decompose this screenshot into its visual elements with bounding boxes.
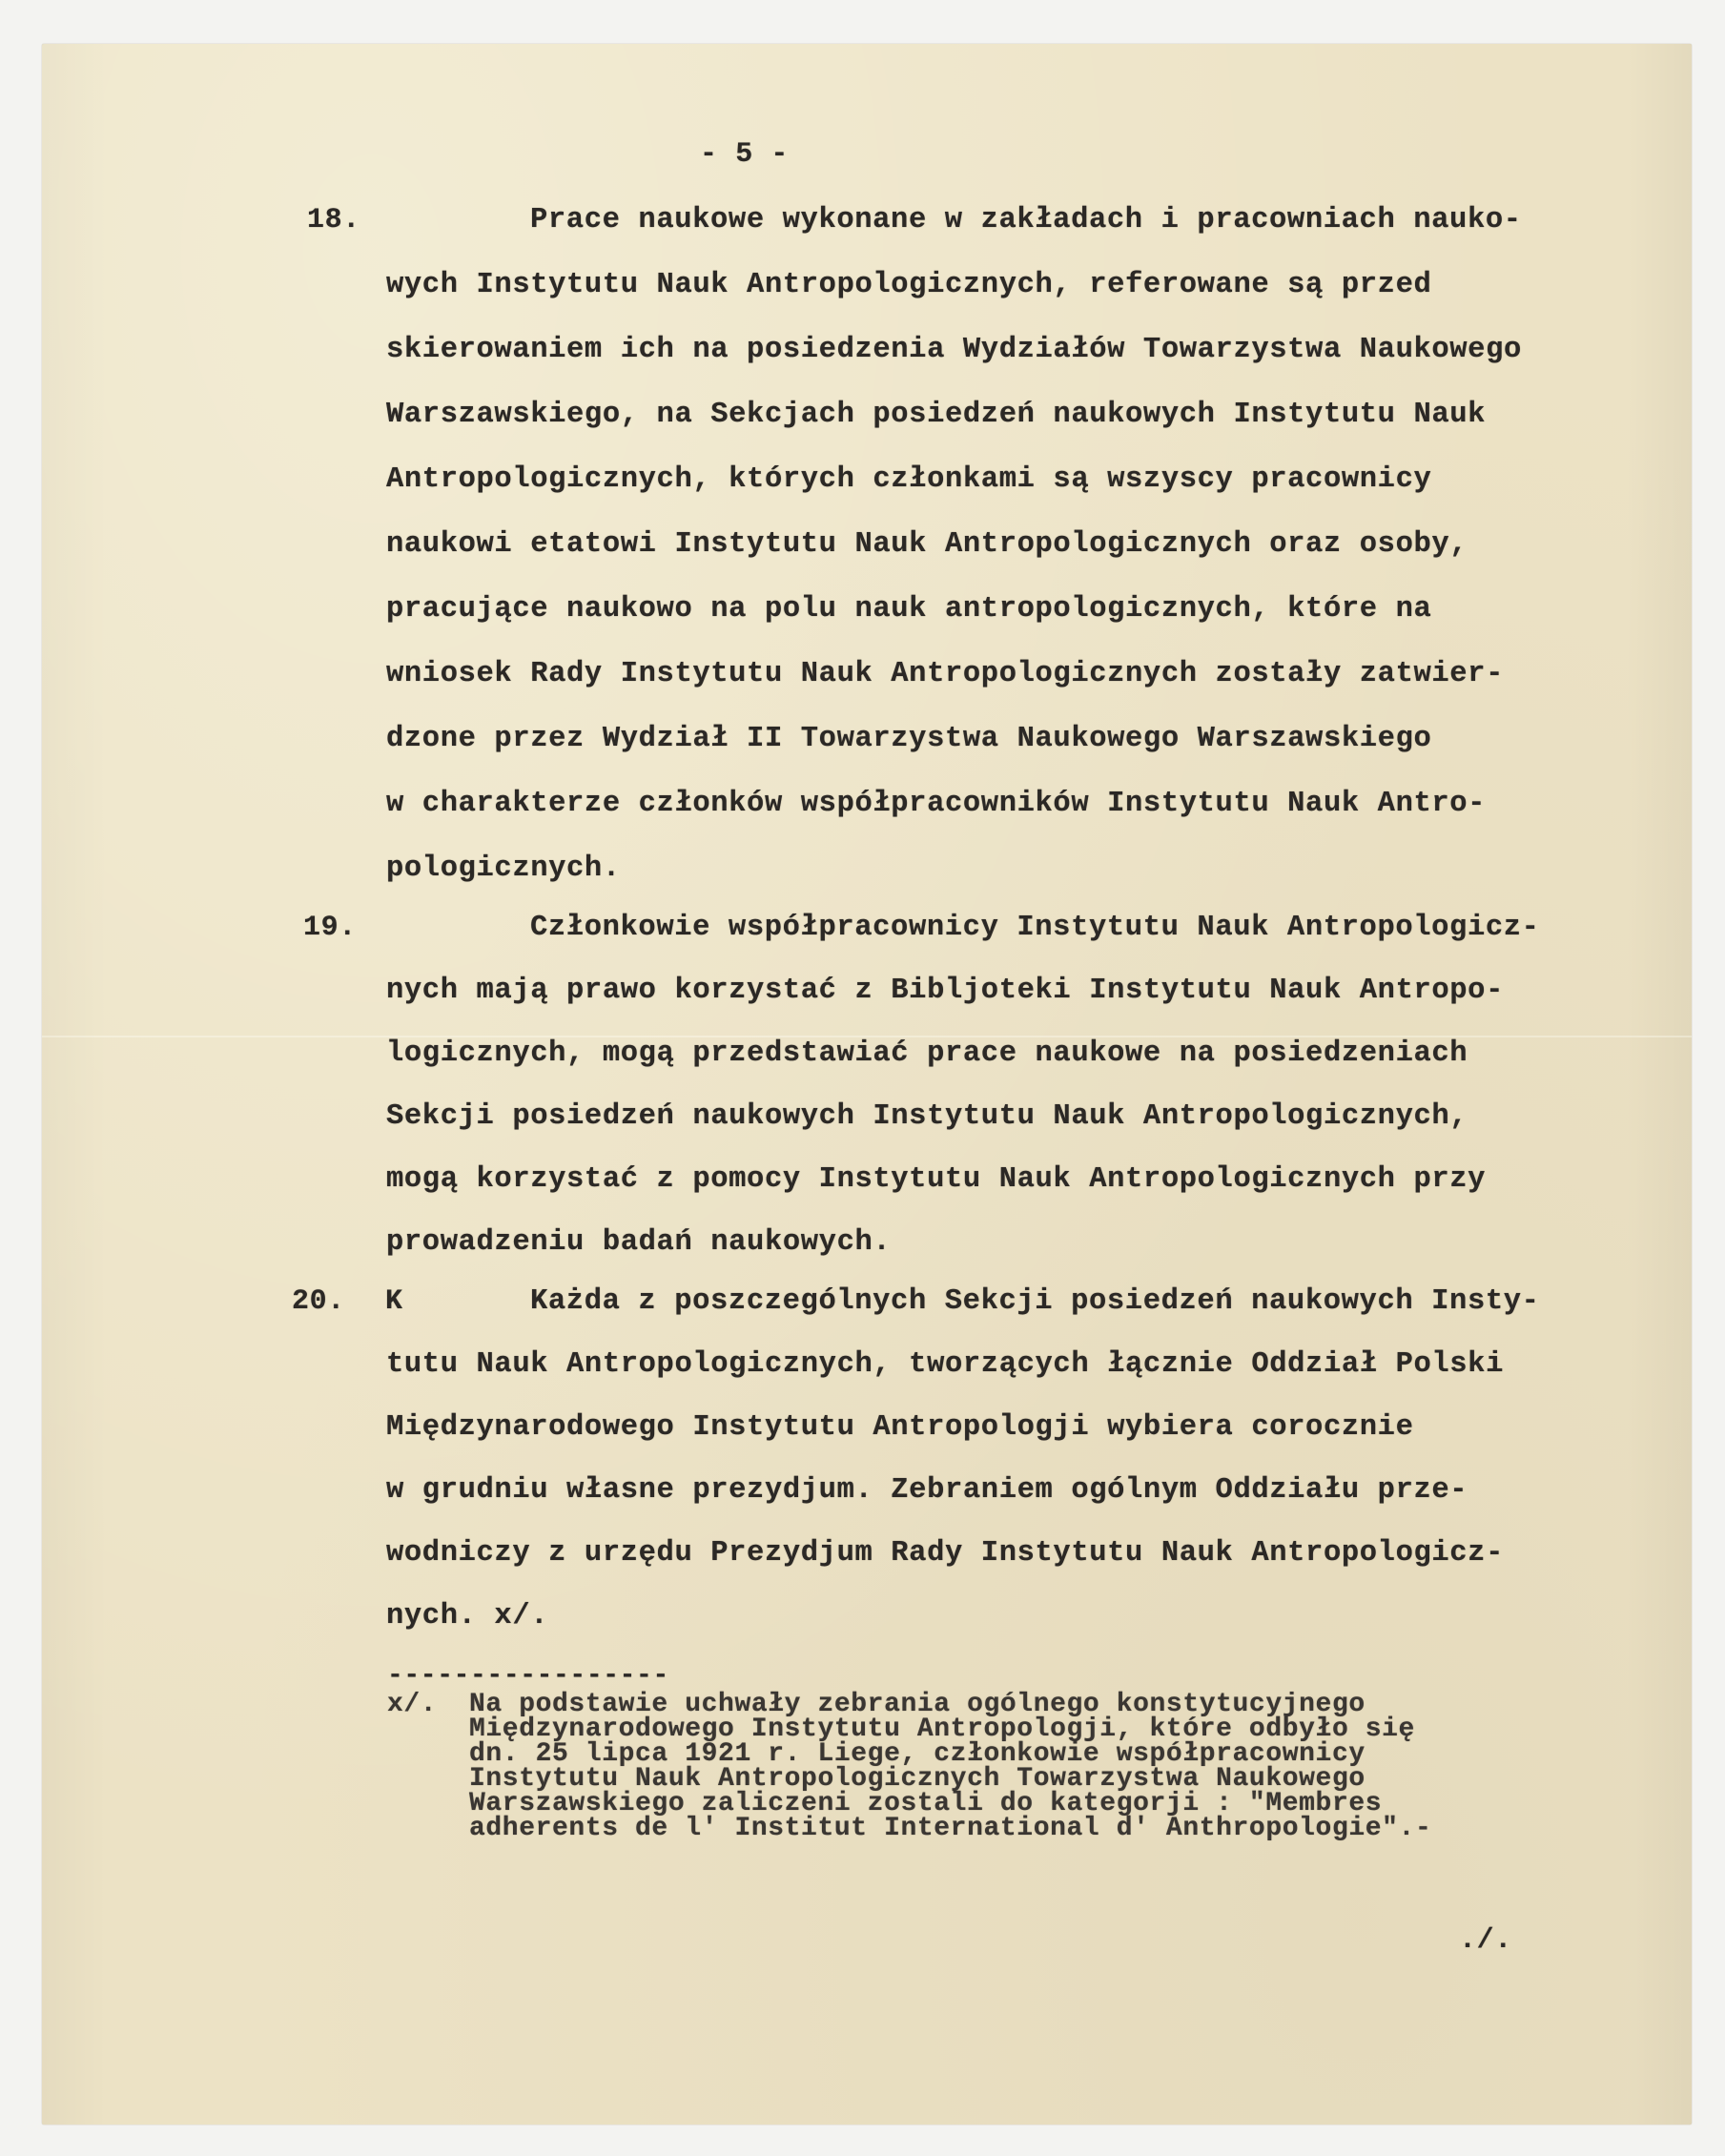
- paragraph-line: Prace naukowe wykonane w zakładach i pra…: [530, 204, 1522, 236]
- paragraph-line: wych Instytutu Nauk Antropologicznych, r…: [386, 269, 1431, 301]
- paragraph-line: Warszawskiego, na Sekcjach posiedzeń nau…: [386, 399, 1486, 431]
- paragraph-line: wodniczy z urzędu Prezydjum Rady Instytu…: [386, 1537, 1504, 1570]
- paragraph-line: Międzynarodowego Instytutu Antropologji …: [386, 1411, 1413, 1444]
- paragraph-number: 18.: [307, 204, 360, 236]
- corner-pencil-mark: [128, 82, 242, 196]
- paragraph-line: w charakterze członków współpracowników …: [386, 788, 1486, 820]
- paragraph-line: naukowi etatowi Instytutu Nauk Antropolo…: [386, 528, 1468, 561]
- paragraph-number: 20.: [292, 1285, 345, 1318]
- paragraph-line: pracujące naukowo na polu nauk antropolo…: [386, 593, 1431, 626]
- paragraph-line: prowadzeniu badań naukowych.: [386, 1226, 891, 1259]
- paragraph-number: 19.: [303, 912, 357, 944]
- paragraph-line: nych. x/.: [386, 1600, 548, 1632]
- paragraph-line: Antropologicznych, których członkami są …: [386, 463, 1431, 496]
- paragraph-marker: K: [385, 1285, 403, 1318]
- paragraph-line: wniosek Rady Instytutu Nauk Antropologic…: [386, 658, 1504, 690]
- paragraph-line: Członkowie współpracownicy Instytutu Nau…: [530, 912, 1540, 944]
- paragraph-line: tutu Nauk Antropologicznych, tworzących …: [386, 1348, 1504, 1381]
- paragraph-line: skierowaniem ich na posiedzenia Wydziałó…: [386, 334, 1522, 366]
- footnote-line: adherents de l' Institut International d…: [469, 1814, 1431, 1843]
- footnote-marker: x/.: [387, 1690, 437, 1719]
- paragraph-line: w grudniu własne prezydjum. Zebraniem og…: [386, 1474, 1468, 1507]
- paragraph-line: Sekcji posiedzeń naukowych Instytutu Nau…: [386, 1100, 1468, 1133]
- page-number: - 5 -: [700, 138, 789, 171]
- paragraph-line: dzone przez Wydział II Towarzystwa Nauko…: [386, 723, 1431, 755]
- scan-background: - 5 - 18. Prace naukowe wykonane w zakła…: [0, 0, 1725, 2156]
- paragraph-line: mogą korzystać z pomocy Instytutu Nauk A…: [386, 1163, 1486, 1196]
- continuation-mark: ./.: [1459, 1924, 1512, 1957]
- paragraph-line: pologicznych.: [386, 852, 621, 885]
- paragraph-line: Każda z poszczególnych Sekcji posiedzeń …: [530, 1285, 1540, 1318]
- paragraph-line: logicznych, mogą przedstawiać prace nauk…: [386, 1037, 1468, 1070]
- paragraph-line: nych mają prawo korzystać z Bibljoteki I…: [386, 975, 1504, 1007]
- footnote-separator: -----------------: [387, 1661, 669, 1691]
